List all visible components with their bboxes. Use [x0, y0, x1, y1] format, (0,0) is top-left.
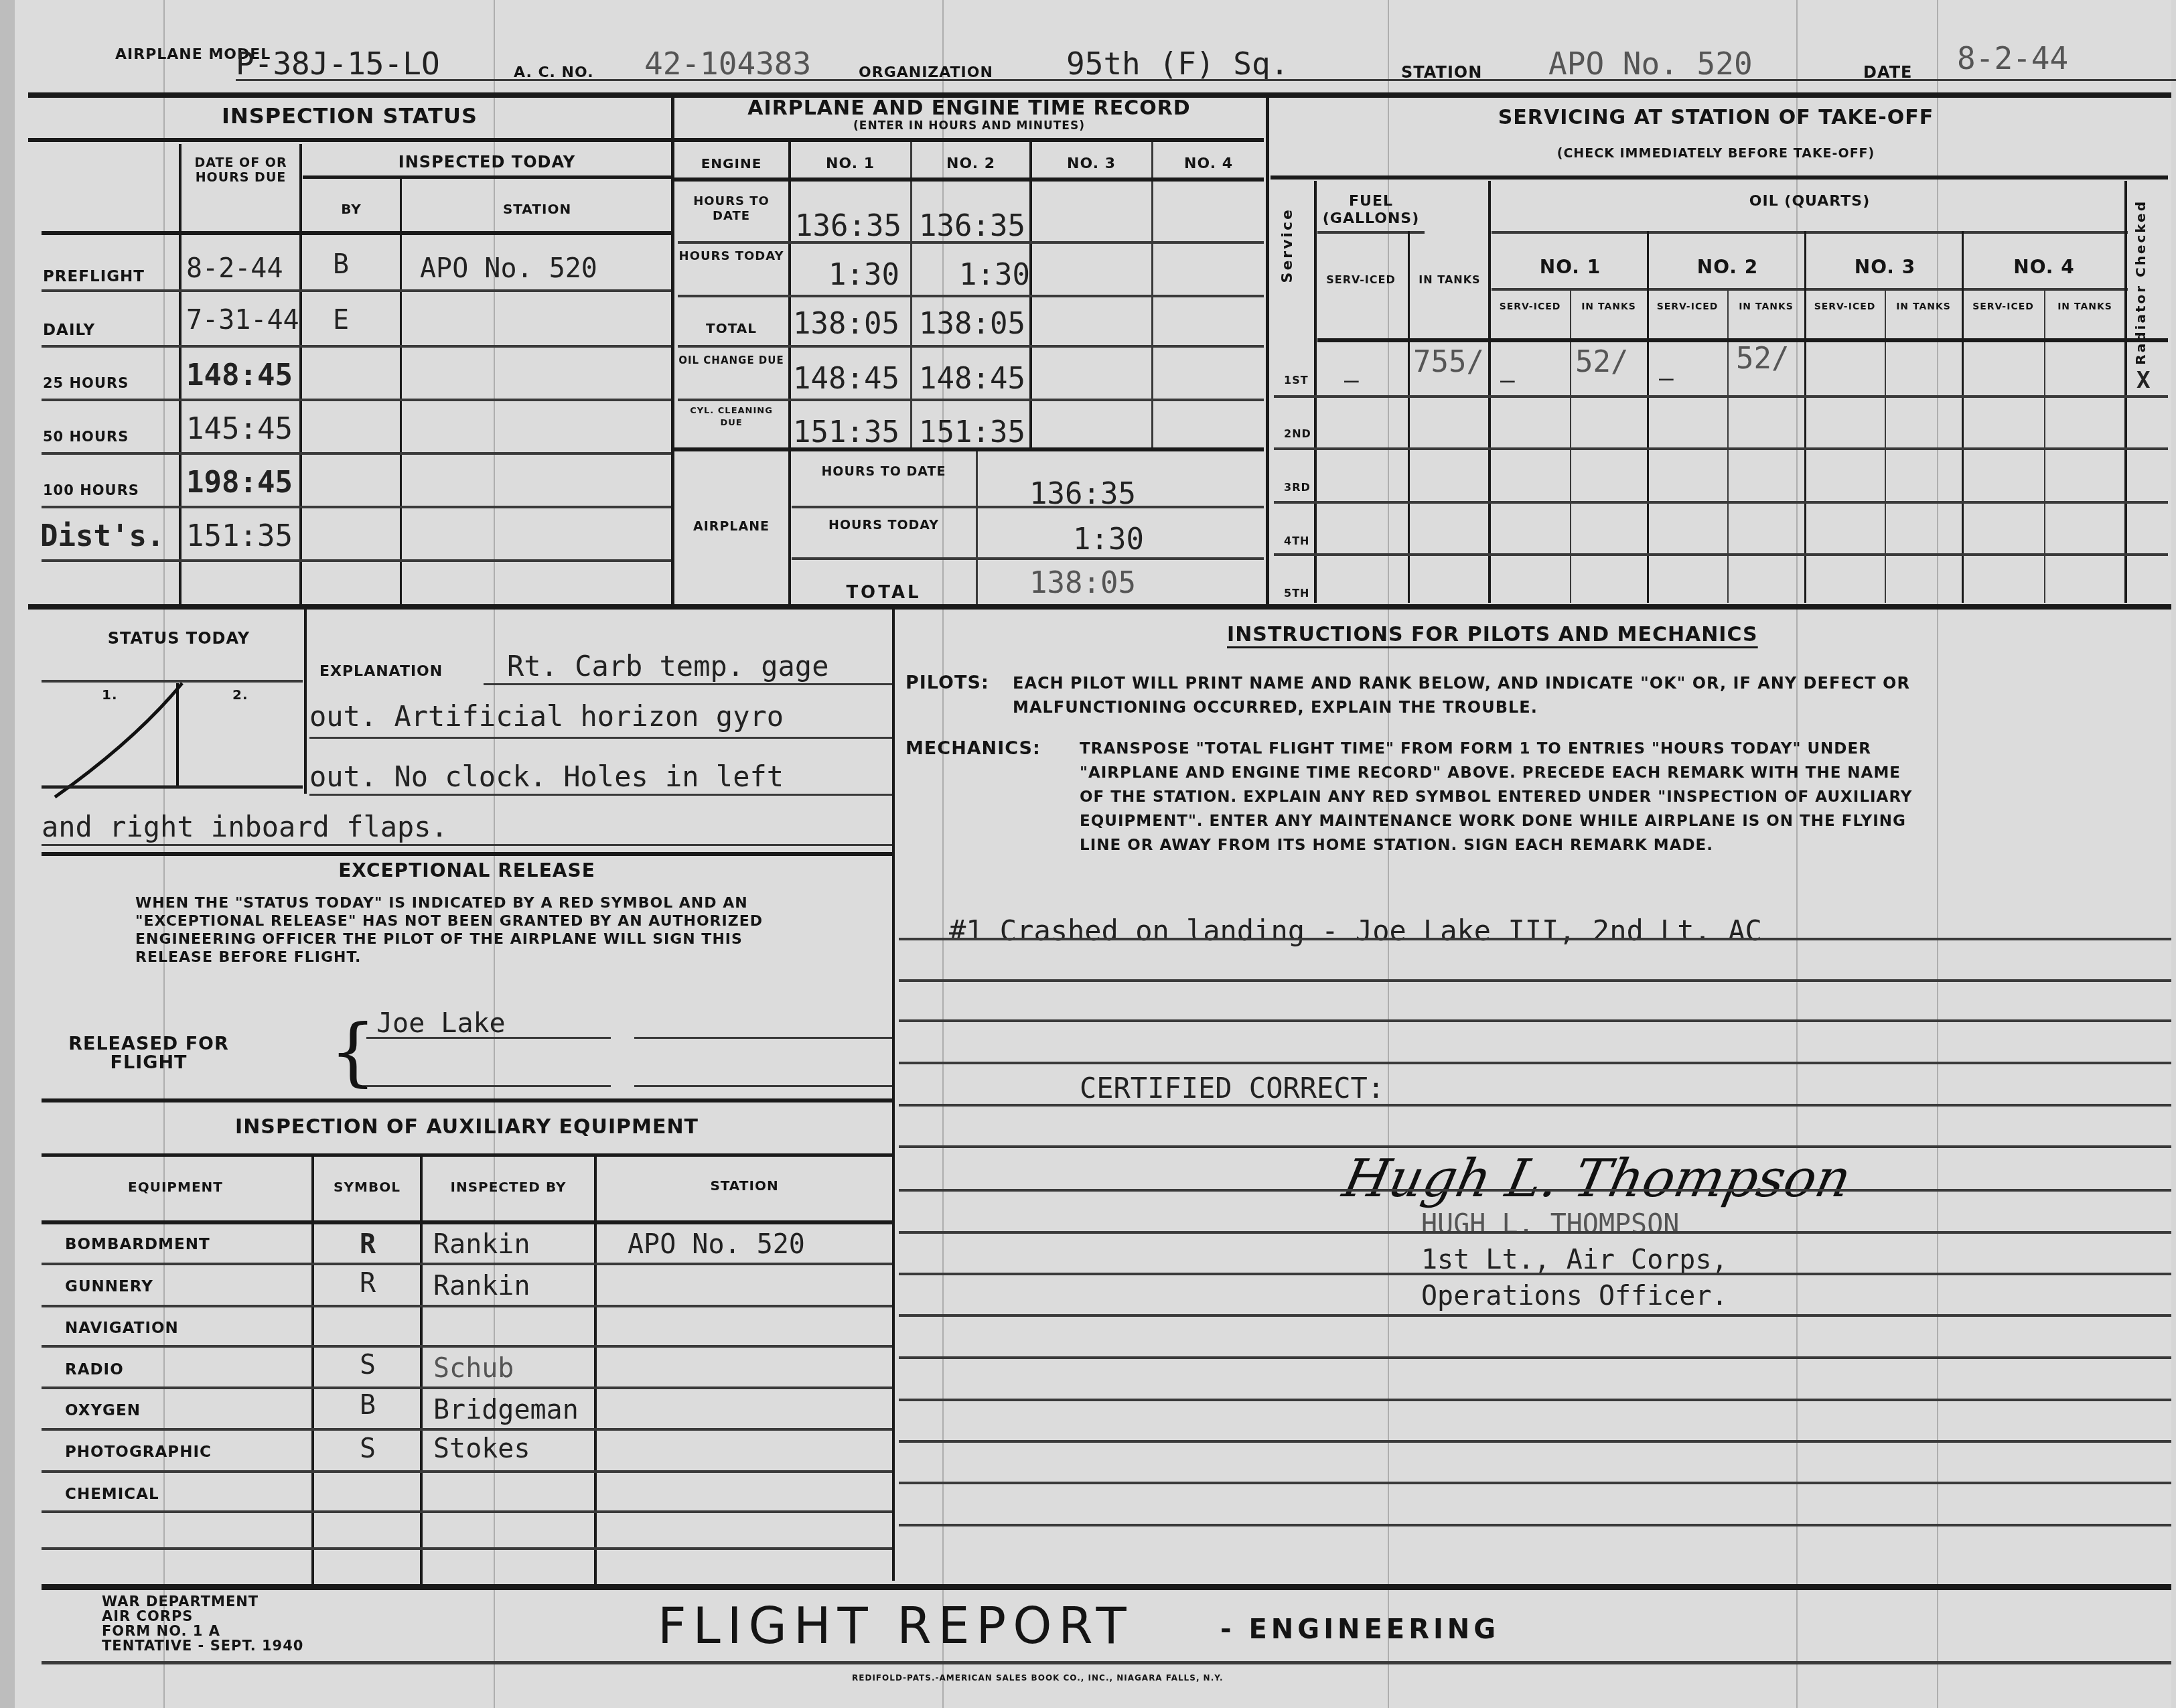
oil1-in-tanks-value: 52/: [1575, 345, 1628, 379]
due-value: 145:45: [186, 412, 293, 446]
fuel-serviced-value: —: [1344, 367, 1359, 395]
divider: [1962, 231, 1964, 603]
organization-value: 95th (F) Sq.: [1066, 46, 1289, 82]
explanation-label: Explanation: [319, 663, 443, 680]
fuel-in-tanks-value: 755/: [1413, 345, 1484, 379]
inspected-by-value: Rankin: [433, 1271, 530, 1301]
engine1-oil-change-due: 148:45: [793, 362, 899, 396]
engine1-cyl-cleaning-due: 151:35: [793, 415, 899, 449]
remark-line: #1 Crashed on landing - Joe Lake III, 2n…: [949, 914, 1762, 947]
divider: [1266, 92, 1269, 605]
date-value: 8-2-44: [1957, 40, 2068, 76]
row-line: [484, 683, 892, 685]
signature-line: [634, 1037, 892, 1039]
row-line: [42, 1510, 892, 1513]
due-value: 198:45: [186, 466, 293, 500]
divider: [2124, 181, 2127, 603]
equipment-name: Bombardment: [65, 1236, 210, 1253]
explanation-line: and right inboard flaps.: [42, 810, 448, 843]
divider: [42, 1220, 892, 1224]
oil1-in-tanks-header: In Tanks: [1572, 300, 1646, 313]
airplane-model-value: P-38J-15-LO: [236, 46, 440, 82]
row-line: [899, 979, 2171, 982]
service-row-label: 1st: [1284, 374, 1309, 386]
row-line: [899, 1399, 2171, 1401]
oil4-serviced-header: Serv-iced: [1964, 300, 2043, 313]
mechanics-text: line or away from its home station. Sign…: [1080, 833, 1713, 857]
divider: [1408, 231, 1410, 603]
col-station-header: Station: [597, 1178, 892, 1194]
explanation-line: out. No clock. Holes in left: [309, 760, 784, 793]
explanation-line: Rt. Carb temp. gage: [507, 650, 828, 683]
station-value: APO No. 520: [628, 1229, 805, 1260]
engine2-hours-today: 1:30: [959, 258, 1030, 292]
officer-signature: Hugh L. Thompson: [1337, 1149, 1856, 1209]
flight-report-form: Airplane Model P-38J-15-LO A. C. No. 42-…: [15, 0, 2171, 1708]
divider: [674, 138, 1264, 142]
divider: [28, 138, 671, 142]
officer-title: Operations Officer.: [1421, 1281, 1728, 1311]
col-symbol-header: Symbol: [314, 1179, 420, 1195]
mechanics-text: "Airplane and Engine Time Record" above.…: [1080, 761, 1901, 785]
oil2-serviced-value: —: [1659, 365, 1674, 393]
col-inspected-by-header: Inspected By: [423, 1179, 594, 1195]
symbol-value: S: [360, 1350, 376, 1380]
row-line: [678, 345, 1264, 348]
oil3-serviced-header: Serv-iced: [1806, 300, 1883, 313]
status-symbol-diagonal-icon: [42, 680, 309, 800]
row-line: [899, 1482, 2171, 1484]
row-line: [42, 1386, 892, 1389]
engine2-hours-to-date: 136:35: [919, 209, 1025, 243]
airplane-hours-to-date-label: Hours to date: [792, 464, 976, 480]
divider: [179, 144, 182, 606]
divider: [674, 177, 1264, 182]
station-value: APO No. 520: [1548, 46, 1753, 82]
row-line: [899, 938, 2171, 940]
explanation-line: out. Artificial horizon gyro: [309, 700, 784, 733]
row-line: [42, 399, 671, 401]
row-label: 25 Hours: [43, 375, 129, 391]
engine-no1: No. 1: [792, 155, 909, 172]
inspected-by-value: Rankin: [433, 1229, 530, 1260]
engine2-total: 138:05: [919, 307, 1025, 341]
divider: [1271, 175, 2168, 180]
col-by-header: By: [303, 201, 400, 217]
symbol-value: R: [360, 1229, 376, 1260]
officer-name: HUGH L. THOMPSON: [1421, 1209, 1679, 1240]
oil-no4-header: No. 4: [1964, 256, 2124, 278]
divider: [42, 1098, 892, 1102]
oil2-in-tanks-header: In Tanks: [1729, 300, 1803, 313]
row-line: [899, 1356, 2171, 1359]
officer-rank: 1st Lt., Air Corps,: [1421, 1244, 1728, 1275]
divider: [788, 142, 791, 604]
row-line: [899, 1524, 2171, 1526]
oil1-serviced-header: Serv-iced: [1492, 300, 1569, 313]
due-value: 151:35: [186, 519, 293, 553]
header-underline: [236, 79, 2176, 81]
row-line: [309, 737, 892, 739]
due-value: 8-2-44: [186, 253, 283, 284]
aux-equipment-title: Inspection of Auxiliary Equipment: [42, 1115, 892, 1139]
engine1-hours-today: 1:30: [828, 258, 899, 292]
divider: [1488, 181, 1491, 603]
fuel-in-tanks-header: In Tanks: [1411, 273, 1488, 287]
row-line: [42, 559, 671, 562]
divider: [1492, 288, 2128, 291]
row-label: Cyl. cleaning due: [678, 405, 785, 429]
equipment-name: Chemical: [65, 1486, 159, 1503]
fuel-serviced-header: Serv-iced: [1317, 273, 1404, 287]
row-line: [42, 1547, 892, 1550]
row-label: Preflight: [43, 268, 145, 285]
airplane-total-label: Total: [792, 583, 976, 603]
released-for-flight-label: Released for Flight: [62, 1035, 236, 1072]
dept-line: Air Corps: [102, 1609, 194, 1624]
service-label: Service: [1279, 208, 1296, 283]
oil-label: Oil (Quarts): [1492, 193, 2128, 210]
divider: [42, 852, 892, 856]
row-line: [678, 399, 1264, 401]
certified-correct-text: CERTIFIED CORRECT:: [1080, 1072, 1384, 1105]
oil3-in-tanks-header: In Tanks: [1887, 300, 1960, 313]
row-label: 50 Hours: [43, 429, 129, 445]
symbol-value: S: [360, 1433, 376, 1464]
row-line: [42, 1345, 892, 1348]
row-label: Hours today: [678, 249, 785, 264]
mechanics-label: Mechanics:: [905, 737, 1041, 761]
divider: [42, 1661, 2171, 1664]
row-line: [42, 1263, 892, 1265]
divider: [671, 92, 674, 605]
service-row-label: 2nd: [1284, 427, 1311, 440]
oil2-serviced-header: Serv-iced: [1649, 300, 1726, 313]
row-line: [899, 1019, 2171, 1022]
engine-no2: No. 2: [912, 155, 1029, 172]
ac-no-value: 42-104383: [644, 46, 811, 82]
row-line: [1274, 553, 2168, 556]
divider: [42, 231, 671, 235]
row-line: [42, 289, 671, 292]
row-line: [42, 1305, 892, 1307]
exceptional-release-text: When the "Status Today" is indicated by …: [135, 894, 805, 967]
pilots-label: Pilots:: [905, 671, 989, 695]
symbol-value: R: [360, 1268, 376, 1299]
row-line: [899, 1273, 2171, 1275]
row-label: Daily: [43, 322, 95, 339]
divider: [1314, 181, 1317, 603]
signature-line: [366, 1037, 611, 1039]
dept-line: Form No. 1 A: [102, 1624, 220, 1638]
service-row-label: 4th: [1284, 535, 1309, 547]
equipment-name: Radio: [65, 1361, 124, 1378]
row-line: [1274, 501, 2168, 504]
divider: [42, 1584, 2171, 1590]
oil-no1-header: No. 1: [1492, 256, 1649, 278]
col-inspected-today-header: Inspected Today: [303, 153, 671, 171]
mechanics-text: Transpose "Total Flight Time" from Form …: [1080, 737, 1871, 761]
row-line: [899, 1104, 2171, 1107]
oil4-in-tanks-header: In Tanks: [2045, 300, 2124, 313]
by-value: E: [333, 305, 349, 336]
row-line: [899, 1314, 2171, 1317]
divider: [892, 610, 895, 1581]
form-title: FLIGHT REPORT: [658, 1597, 1133, 1655]
inspection-status-title: Inspection Status: [28, 103, 671, 129]
airplane-total: 138:05: [1029, 566, 1136, 600]
airplane-label: Airplane: [678, 519, 785, 534]
row-line: [42, 1428, 892, 1431]
engine1-total: 138:05: [793, 307, 899, 341]
row-line: [42, 452, 671, 455]
service-row-label: 5th: [1284, 587, 1309, 599]
col-equipment-header: Equipment: [42, 1179, 309, 1195]
row-line: [309, 794, 892, 796]
form-subtitle: - ENGINEERING: [1220, 1614, 1500, 1645]
inspected-by-value: Stokes: [433, 1433, 530, 1464]
row-line: [899, 1440, 2171, 1443]
row-line: [1274, 447, 2168, 450]
row-line: [792, 557, 1264, 560]
release-signer-1[interactable]: Joe Lake: [376, 1008, 506, 1039]
equipment-name: Photographic: [65, 1443, 212, 1461]
divider: [303, 175, 671, 179]
instructions-title: Instructions for Pilots and Mechanics: [1227, 623, 1758, 646]
exceptional-release-title: Exceptional Release: [42, 859, 892, 881]
service-row-label: 3rd: [1284, 481, 1311, 494]
col-due-header: Date of or Hours Due: [182, 155, 299, 185]
divider: [976, 451, 978, 606]
equipment-name: Oxygen: [65, 1402, 141, 1419]
row-label: Total: [678, 320, 785, 336]
servicing-subtitle: (Check immediately before take-off): [1271, 146, 2161, 161]
inspected-by-value: Schub: [433, 1353, 514, 1384]
due-value: 148:45: [186, 358, 293, 393]
symbol-value: B: [360, 1390, 376, 1421]
oil-no3-header: No. 3: [1806, 256, 1964, 278]
equipment-name: Navigation: [65, 1320, 179, 1337]
row-line: [42, 345, 671, 348]
divider: [304, 610, 307, 794]
oil-no2-header: No. 2: [1649, 256, 1806, 278]
mechanics-text: of the station. Explain any red symbol e…: [1080, 785, 1913, 809]
row-line: [678, 241, 1264, 244]
pilots-text: malfunctioning occurred, explain the tro…: [1013, 695, 1538, 719]
airplane-hours-today: 1:30: [1073, 522, 1144, 557]
by-value: B: [333, 249, 349, 280]
col-station-header: Station: [403, 201, 671, 217]
time-record-title: Airplane and Engine Time Record: [674, 96, 1264, 120]
station-value: APO No. 520: [420, 253, 597, 284]
row-label: Dist's.: [40, 519, 164, 553]
row-line: [792, 506, 1264, 508]
mechanics-text: Equipment". Enter any maintenance work d…: [1080, 809, 1906, 833]
row-line: [899, 1189, 2171, 1192]
time-record-subtitle: (Enter in hours and minutes): [674, 119, 1264, 133]
divider: [400, 177, 402, 606]
divider: [674, 447, 1264, 451]
inspected-by-value: Bridgeman: [433, 1395, 579, 1425]
row-line: [678, 295, 1264, 297]
signature-line: [634, 1085, 892, 1087]
row-line: [42, 844, 892, 846]
divider: [42, 1153, 892, 1157]
divider: [1492, 231, 2128, 234]
signature-line: [366, 1085, 611, 1087]
status-today-title: Status Today: [102, 630, 256, 647]
divider: [28, 604, 2171, 610]
brace-icon: {: [330, 1015, 376, 1088]
printer-credit: Redifold-Pats.-American Sales Book Co., …: [852, 1673, 1223, 1683]
row-line: [899, 1231, 2171, 1234]
row-label: Hours to date: [678, 194, 785, 224]
fuel-label: Fuel (Gallons): [1317, 193, 1425, 228]
row-label: Oil change due: [678, 354, 785, 367]
row-line: [42, 506, 671, 508]
airplane-hours-today-label: Hours today: [792, 517, 976, 533]
pilots-text: Each pilot will print name and rank belo…: [1013, 671, 1910, 695]
dept-line: War Department: [102, 1594, 259, 1609]
row-label: 100 Hours: [43, 482, 139, 498]
row-line: [42, 1470, 892, 1473]
row-line: [899, 1062, 2171, 1064]
scan-edge: [0, 0, 15, 1708]
engine2-cyl-cleaning-due: 151:35: [919, 415, 1025, 449]
engine-no4: No. 4: [1153, 155, 1264, 172]
radiator-checked-value: X: [2136, 367, 2150, 394]
dept-line: Tentative - Sept. 1940: [102, 1638, 303, 1653]
row-line: [899, 1145, 2171, 1148]
servicing-title: Servicing at Station of Take-Off: [1271, 106, 2161, 129]
divider: [1804, 231, 1806, 603]
due-value: 7-31-44: [186, 305, 299, 336]
equipment-name: Gunnery: [65, 1278, 153, 1295]
divider: [1647, 231, 1649, 603]
row-line: [1274, 395, 2168, 398]
engine2-oil-change-due: 148:45: [919, 362, 1025, 396]
engine-no3: No. 3: [1033, 155, 1150, 172]
engine1-hours-to-date: 136:35: [795, 209, 901, 243]
divider: [299, 144, 302, 606]
oil2-in-tanks-value: 52/: [1736, 342, 1789, 376]
oil1-serviced-value: —: [1500, 367, 1515, 395]
engine-label: Engine: [678, 155, 785, 171]
